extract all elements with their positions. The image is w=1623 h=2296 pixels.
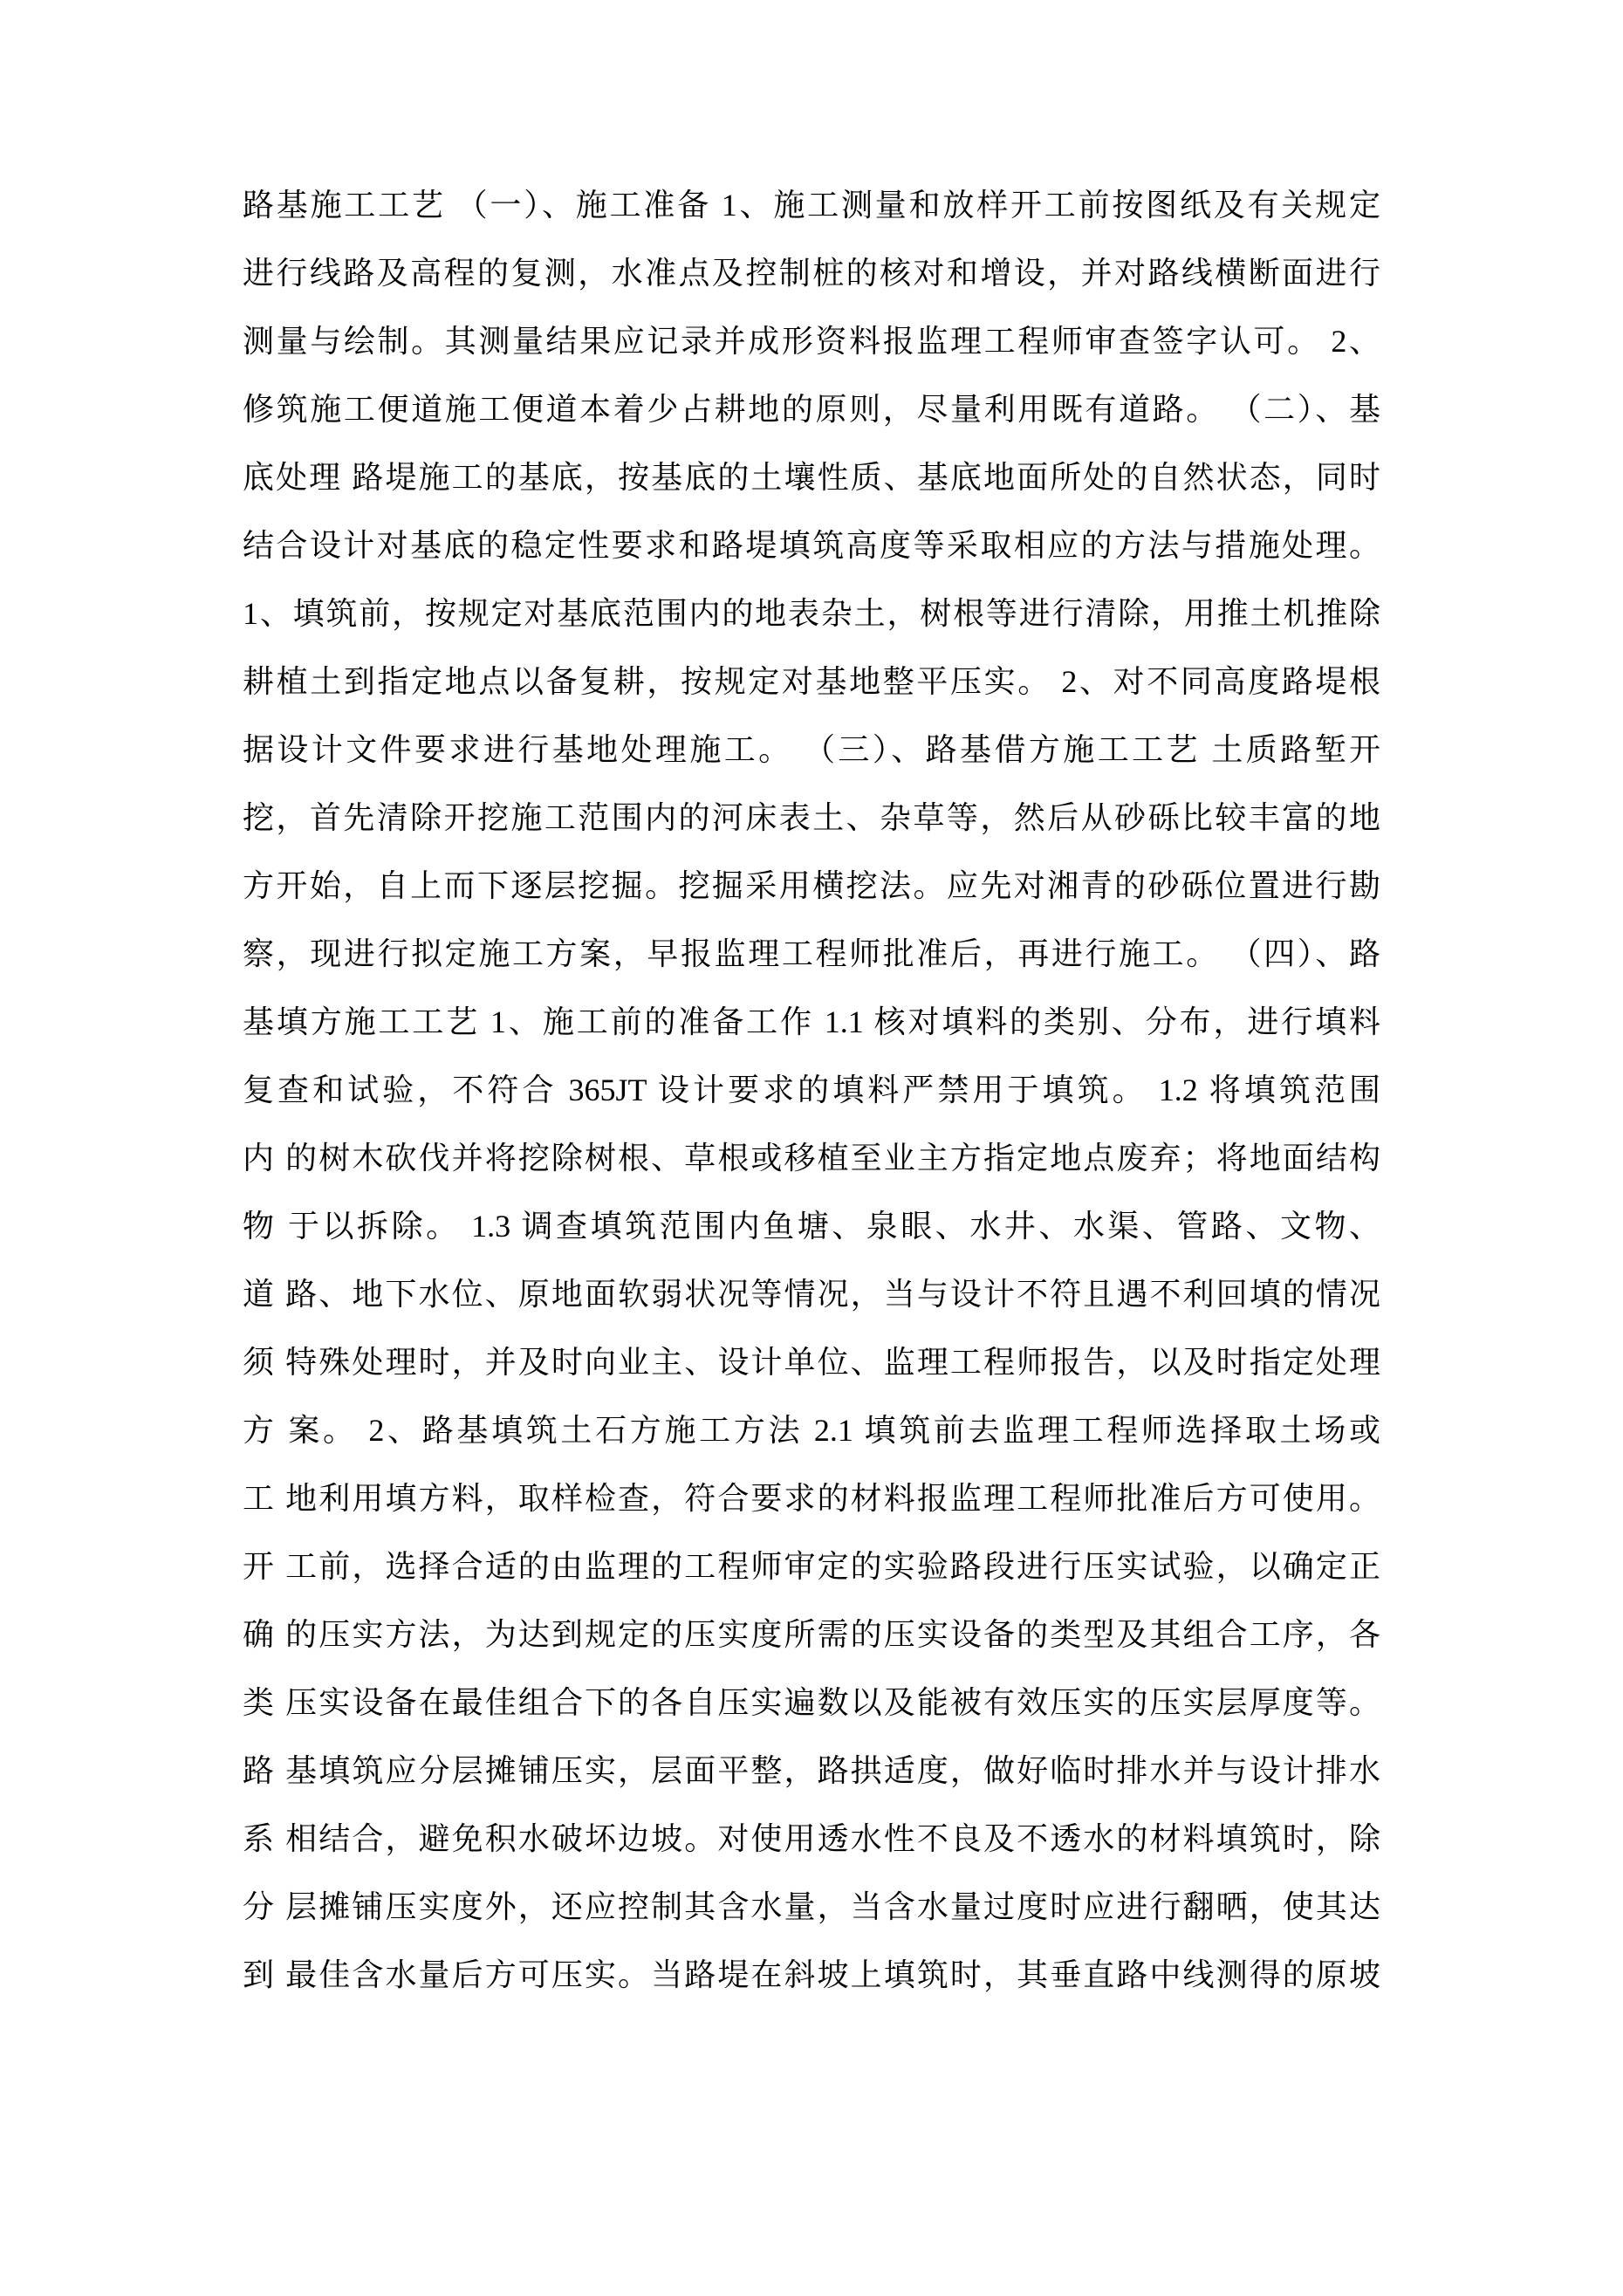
text-line: 分 层摊铺压实度外，还应控制其含水量，当含水量过度时应进行翻晒，使其达 [243, 1873, 1380, 1941]
text-line: 底处理 路堤施工的基底，按基底的土壤性质、基底地面所处的自然状态，同时 [243, 443, 1380, 511]
text-line: 方开始，自上而下逐层挖掘。挖掘采用横挖法。应先对湘青的砂砾位置进行勘 [243, 852, 1380, 920]
text-line: 据设计文件要求进行基地处理施工。 （三）、路基借方施工工艺 土质路堑开 [243, 716, 1380, 784]
text-line: 须 特殊处理时，并及时向业主、设计单位、监理工程师报告，以及时指定处理 [243, 1328, 1380, 1396]
text-line: 修筑施工便道施工便道本着少占耕地的原则，尽量利用既有道路。 （二）、基 [243, 375, 1380, 443]
text-line: 到 最佳含水量后方可压实。当路堤在斜坡上填筑时，其垂直路中线测得的原坡 [243, 1941, 1380, 2009]
document-page: 路基施工工艺 （一）、施工准备 1、施工测量和放样开工前按图纸及有关规定进行线路… [0, 0, 1623, 2296]
text-line: 确 的压实方法，为达到规定的压实度所需的压实设备的类型及其组合工序，各 [243, 1600, 1380, 1669]
text-line: 开 工前，选择合适的由监理的工程师审定的实验路段进行压实试验，以确定正 [243, 1532, 1380, 1600]
text-line: 路 基填筑应分层摊铺压实，层面平整，路拱适度，做好临时排水并与设计排水 [243, 1737, 1380, 1805]
text-line: 1、填筑前，按规定对基底范围内的地表杂土，树根等进行清除，用推土机推除 [243, 579, 1380, 648]
text-line: 结合设计对基底的稳定性要求和路堤填筑高度等采取相应的方法与措施处理。 [243, 511, 1380, 579]
text-line: 系 相结合，避免积水破坏边坡。对使用透水性不良及不透水的材料填筑时，除 [243, 1805, 1380, 1873]
text-line: 工 地利用填方料，取样检查，符合要求的材料报监理工程师批准后方可使用。 [243, 1464, 1380, 1532]
text-line: 道 路、地下水位、原地面软弱状况等情况，当与设计不符且遇不利回填的情况 [243, 1260, 1380, 1328]
text-line: 路基施工工艺 （一）、施工准备 1、施工测量和放样开工前按图纸及有关规定 [243, 171, 1380, 239]
text-line: 复查和试验，不符合 365JT 设计要求的填料严禁用于填筑。 1.2 将填筑范围 [243, 1056, 1380, 1124]
text-line: 进行线路及高程的复测，水准点及控制桩的核对和增设，并对路线横断面进行 [243, 239, 1380, 307]
text-line: 类 压实设备在最佳组合下的各自压实遍数以及能被有效压实的压实层厚度等。 [243, 1669, 1380, 1737]
text-line: 挖，首先清除开挖施工范围内的河床表土、杂草等，然后从砂砾比较丰富的地 [243, 784, 1380, 852]
body-text: 路基施工工艺 （一）、施工准备 1、施工测量和放样开工前按图纸及有关规定进行线路… [243, 171, 1380, 2009]
text-line: 内 的树木砍伐并将挖除树根、草根或移植至业主方指定地点废弃；将地面结构 [243, 1124, 1380, 1192]
text-line: 物 于以拆除。 1.3 调查填筑范围内鱼塘、泉眼、水井、水渠、管路、文物、 [243, 1192, 1380, 1260]
text-line: 耕植土到指定地点以备复耕，按规定对基地整平压实。 2、对不同高度路堤根 [243, 648, 1380, 716]
text-line: 测量与绘制。其测量结果应记录并成形资料报监理工程师审查签字认可。 2、 [243, 307, 1380, 375]
text-line: 基填方施工工艺 1、施工前的准备工作 1.1 核对填料的类别、分布，进行填料 [243, 988, 1380, 1056]
text-line: 察，现进行拟定施工方案，早报监理工程师批准后，再进行施工。 （四）、路 [243, 920, 1380, 988]
text-line: 方 案。 2、路基填筑土石方施工方法 2.1 填筑前去监理工程师选择取土场或 [243, 1396, 1380, 1464]
